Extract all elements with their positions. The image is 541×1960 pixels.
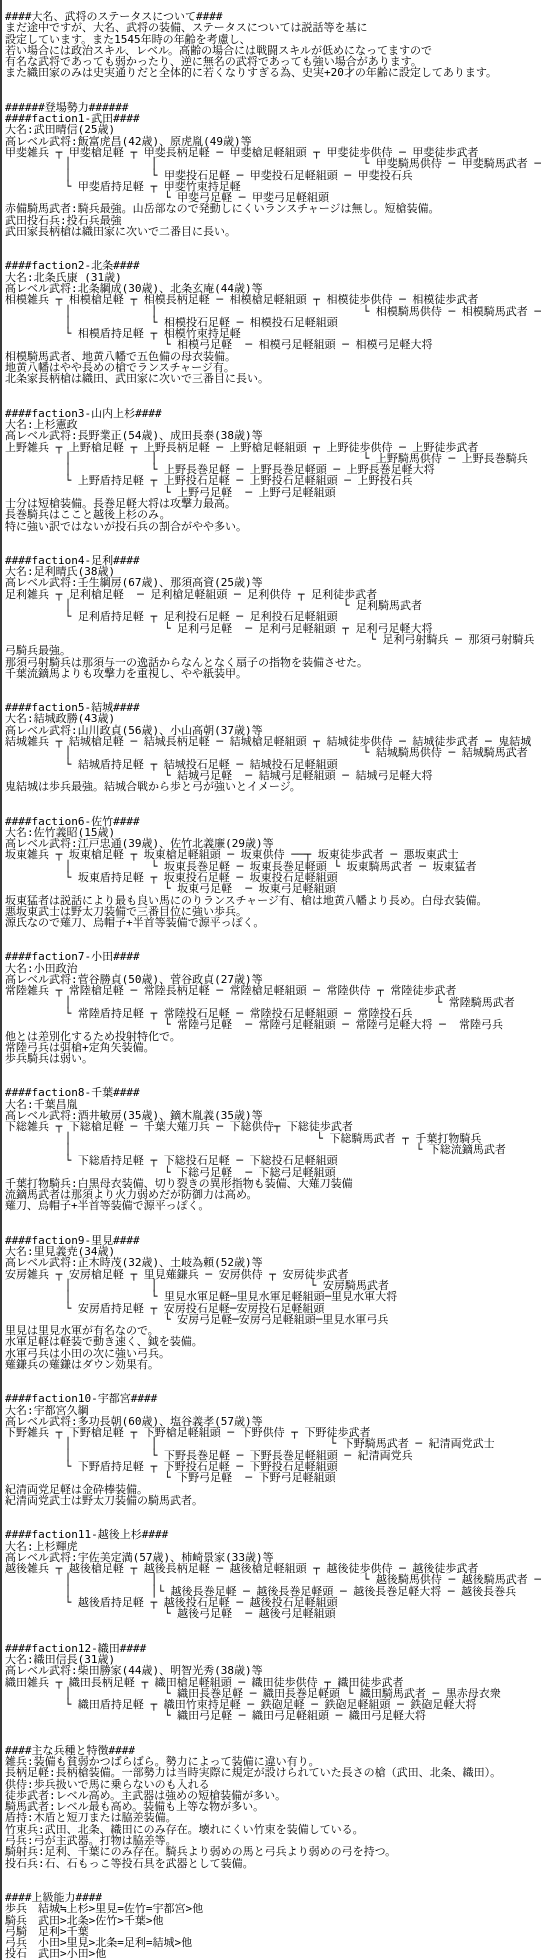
- faction-section: ####faction10-宇都宮#### 大名:宇都宮久綱 高レベル武将:多功…: [5, 1393, 541, 1506]
- faction-section: ####faction3-山内上杉#### 大名:上杉憲政 高レベル武将:長野業…: [5, 408, 541, 532]
- faction-section: ####faction1-武田#### 大名:武田晴信(25歳) 高レベル武将:…: [5, 113, 541, 237]
- faction-section: ####faction2-北条#### 大名:北条氏康 (31歳) 高レベル武将…: [5, 260, 541, 384]
- faction-section: ####faction9-里見#### 大名:里見義尭(34歳) 高レベル武将:…: [5, 1235, 541, 1371]
- faction-section: ####faction6-佐竹#### 大名:佐竹義昭(15歳) 高レベル武将:…: [5, 816, 541, 929]
- faction-section: ####faction8-千葉#### 大名:千葉昌胤 高レベル武将:酒井敏房(…: [5, 1087, 541, 1211]
- rankings-section: ####上級能力#### 歩兵 結城≒上杉>里見=佐竹=宇都宮>他 騎兵 武田>…: [5, 1892, 541, 1960]
- faction-section: ####faction12-織田#### 大名:織田信長(31歳) 高レベル武将…: [5, 1643, 541, 1722]
- unit-types-section: ####主な兵種と特徴#### 雑兵:装備も貧弱かつばらばら。勢力によって装備に…: [5, 1745, 541, 1869]
- faction-section: ####faction5-結城#### 大名:結城政勝(43歳) 高レベル武将:…: [5, 702, 541, 792]
- status-text-document: ####大名、武将のステータスについて#### まだ途中ですが、大名、武将の装備…: [2, 0, 541, 1960]
- faction-section: ####faction4-足利#### 大名:足利晴氏(38歳) 高レベル武将:…: [5, 555, 541, 679]
- factions-list: ####faction1-武田#### 大名:武田晴信(25歳) 高レベル武将:…: [5, 113, 541, 1722]
- intro-section: ####大名、武将のステータスについて#### まだ途中ですが、大名、武将の装備…: [5, 11, 541, 79]
- faction-section: ####faction11-越後上杉#### 大名:上杉輝虎 高レベル武将:宇佐…: [5, 1529, 541, 1619]
- faction-section: ####faction7-小田#### 大名:小田政治 高レベル武将:菅谷勝貞(…: [5, 951, 541, 1064]
